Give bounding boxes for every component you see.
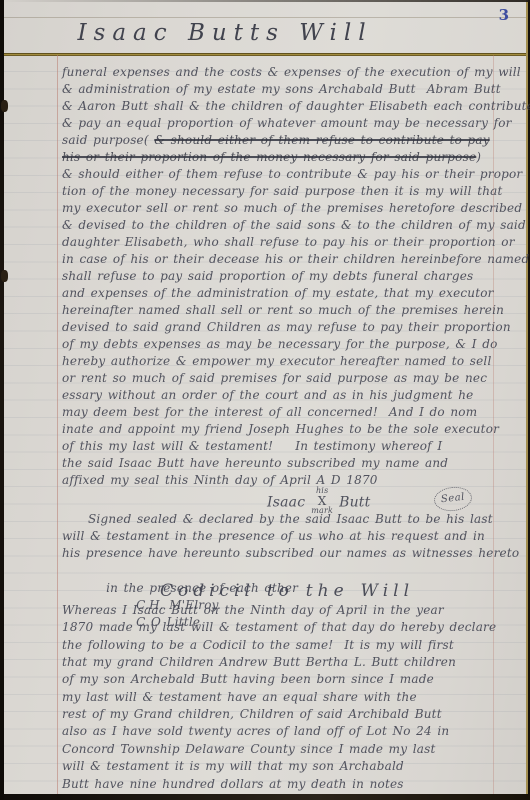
will-line: & should either of them refuse to contri… [62, 166, 512, 183]
will-line: & pay an equal proportion of whatever am… [62, 115, 512, 132]
will-line: & devised to the children of the said so… [62, 217, 512, 234]
codicil-body: Whereas I Isaac Butt on the Ninth day of… [62, 602, 512, 793]
page-bottom-edge [0, 794, 530, 800]
will-line: tion of the money necessary for said pur… [62, 183, 512, 200]
page-title: Isaac Butts Will [4, 20, 526, 46]
binding-stitch [1, 100, 8, 112]
handwritten-text: funeral expenses and the costs & expense… [62, 64, 512, 793]
codicil-line: rest of my Grand children, Children of s… [62, 706, 512, 723]
will-line: his or their proportion of the money nec… [62, 149, 512, 166]
will-line: funeral expenses and the costs & expense… [62, 64, 512, 81]
will-body: funeral expenses and the costs & expense… [62, 64, 512, 489]
will-line: the said Isaac Butt have hereunto subscr… [62, 455, 512, 472]
codicil-line: the following to be a Codicil to the sam… [62, 637, 512, 654]
signature-row: IsaachisXmarkButt Seal [62, 489, 512, 511]
will-line: my executor sell or rent so much of the … [62, 200, 512, 217]
attestation-line: his presence have hereunto subscribed ou… [62, 545, 512, 562]
will-line: inate and appoint my friend Joseph Hughe… [62, 421, 512, 438]
will-line: shall refuse to pay said proportion of m… [62, 268, 512, 285]
codicil-line: 1870 made my last will & testament of th… [62, 619, 512, 636]
will-line: devised to said grand Children as may re… [62, 319, 512, 336]
will-line: & administration of my estate my sons Ar… [62, 81, 512, 98]
codicil-line: of my son Archebald Butt having been bor… [62, 671, 512, 688]
title-divider-rule [4, 53, 526, 56]
will-line: may deem best for the interest of all co… [62, 404, 512, 421]
header-rule [4, 17, 526, 18]
signature-first-name: Isaac [267, 495, 305, 511]
his-mark: hisXmark [311, 487, 333, 515]
codicil-line: also as I have sold twenty acres of land… [62, 723, 512, 740]
attestation-close-row: in the presence of each other C.H. M'Elr… [62, 563, 512, 580]
codicil-line: that my grand Children Andrew Butt Berth… [62, 654, 512, 671]
paper: 3 Isaac Butts Will funeral expenses and … [4, 0, 528, 795]
attestation-line: will & testament in the presence of us w… [62, 528, 512, 545]
mark-below-label: mark [311, 507, 333, 515]
will-line: of my debts expenses as may be necessary… [62, 336, 512, 353]
attestation: Signed sealed & declared by the said Isa… [62, 511, 512, 563]
will-line: hereby authorize & empower my executor h… [62, 353, 512, 370]
will-line: affixed my seal this Ninth day of April … [62, 472, 512, 489]
signature-last-name: Butt [339, 495, 370, 511]
codicil-line: will & testament it is my will that my s… [62, 758, 512, 775]
page-top-edge [0, 0, 530, 2]
will-line: hereinafter named shall sell or rent so … [62, 302, 512, 319]
will-line: and expenses of the administration of my… [62, 285, 512, 302]
binding-stitch [1, 270, 8, 282]
left-margin-line [57, 55, 58, 795]
binding-edge [0, 0, 4, 800]
will-line: essary without an order of the court and… [62, 387, 512, 404]
codicil-line: Butt have nine hundred dollars at my dea… [62, 776, 512, 793]
will-line: or rent so much of said premises for sai… [62, 370, 512, 387]
will-line: said purpose( & should either of them re… [62, 132, 512, 149]
will-line: of this my last will & testament! In tes… [62, 438, 512, 455]
will-line: & Aaron Butt shall & the children of dau… [62, 98, 512, 115]
codicil-line: Whereas I Isaac Butt on the Ninth day of… [62, 602, 512, 619]
attestation-line: Signed sealed & declared by the said Isa… [62, 511, 512, 528]
scanned-will-page: 3 Isaac Butts Will funeral expenses and … [0, 0, 530, 800]
seal-stamp: Seal [433, 485, 473, 513]
codicil-line: Concord Township Delaware County since I… [62, 741, 512, 758]
will-line: daughter Elisabeth, who shall refuse to … [62, 234, 512, 251]
codicil-line: my last will & testament have an equal s… [62, 689, 512, 706]
will-line: in case of his or their decease his or t… [62, 251, 512, 268]
